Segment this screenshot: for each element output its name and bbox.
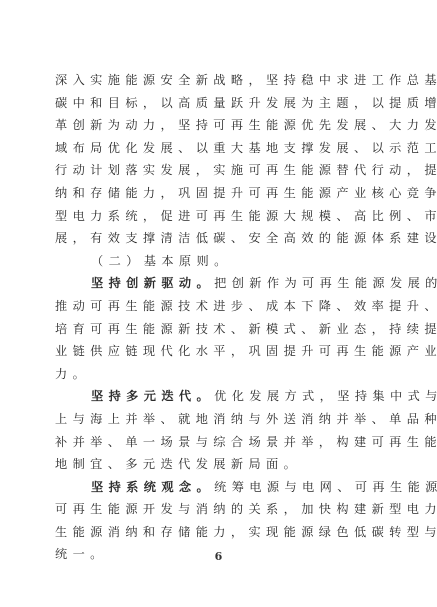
document-page: 深入实施能源安全新战略，坚持稳中求进工作总基调，锚定碳达峰、 碳中和目标，以高质…: [55, 69, 385, 566]
principle-title: 坚持多元迭代。: [91, 389, 214, 403]
paragraph-line: 培育可再生能源新技术、新模式、新业态，持续提升可再生能源产: [55, 318, 385, 341]
principle-diversity: 坚持多元迭代。优化发展方式，坚持集中式与分布式并举、陆 上与海上并举、就地消纳与…: [55, 385, 385, 475]
paragraph-line: 域布局优化发展、以重大基地支撑发展、以示范工程引领发展、以: [55, 137, 385, 160]
paragraph-line: 碳中和目标，以高质量跃升发展为主题，以提质增效为主线，以改: [55, 92, 385, 115]
paragraph-line: 推动可再生能源技术进步、成本下降、效率提升、体制完善，加快: [55, 295, 385, 318]
intro-paragraph: 深入实施能源安全新战略，坚持稳中求进工作总基调，锚定碳达峰、 碳中和目标，以高质…: [55, 69, 385, 250]
principle-text: 统筹电源与电网、可再生能源与传统化石能源、: [214, 480, 437, 494]
paragraph-line: 深入实施能源安全新战略，坚持稳中求进工作总基调，锚定碳达峰、: [55, 69, 385, 92]
paragraph-line: 补并举、单一场景与综合场景并举，构建可再生能源多能互补、因: [55, 431, 385, 454]
principle-title: 坚持系统观念。: [91, 480, 214, 494]
paragraph-line: 型电力系统，促进可再生能源大规模、高比例、市场化、高质量发: [55, 205, 385, 228]
paragraph-line: 革创新为动力，坚持可再生能源优先发展、大力发展不动摇，以区: [55, 114, 385, 137]
paragraph-line: 可再生能源开发与消纳的关系，加快构建新型电力系统，提升可再: [55, 498, 385, 521]
principle-first-line: 坚持多元迭代。优化发展方式，坚持集中式与分布式并举、陆: [55, 385, 385, 408]
paragraph-line: 纳和存储能力，巩固提升可再生能源产业核心竞争力，加快构建新: [55, 182, 385, 205]
principle-innovation: 坚持创新驱动。把创新作为可再生能源发展的根本动力，着力 推动可再生能源技术进步、…: [55, 272, 385, 385]
page-number: 6: [0, 550, 437, 563]
paragraph-line: 业链供应链现代化水平，巩固提升可再生能源产业创新力和竞争: [55, 340, 385, 363]
principle-text: 把创新作为可再生能源发展的根本动力，着力: [214, 276, 437, 290]
paragraph-line: 生能源消纳和存储能力，实现能源绿色低碳转型与安全可靠供应相: [55, 521, 385, 544]
principle-first-line: 坚持创新驱动。把创新作为可再生能源发展的根本动力，着力: [55, 272, 385, 295]
paragraph-line: 地制宜、多元迭代发展新局面。: [55, 453, 385, 476]
paragraph-line: 展，有效支撑清洁低碳、安全高效的能源体系建设。: [55, 227, 385, 250]
paragraph-line: 力。: [55, 363, 385, 386]
paragraph-line: 上与海上并举、就地消纳与外送消纳并举、单品种开发与多品种互: [55, 408, 385, 431]
principle-title: 坚持创新驱动。: [91, 276, 214, 290]
paragraph-line: 行动计划落实发展，实施可再生能源替代行动，提高可再生能源消: [55, 159, 385, 182]
principle-text: 优化发展方式，坚持集中式与分布式并举、陆: [214, 389, 437, 403]
principle-first-line: 坚持系统观念。统筹电源与电网、可再生能源与传统化石能源、: [55, 476, 385, 499]
section-heading: （二）基本原则。: [55, 250, 385, 273]
